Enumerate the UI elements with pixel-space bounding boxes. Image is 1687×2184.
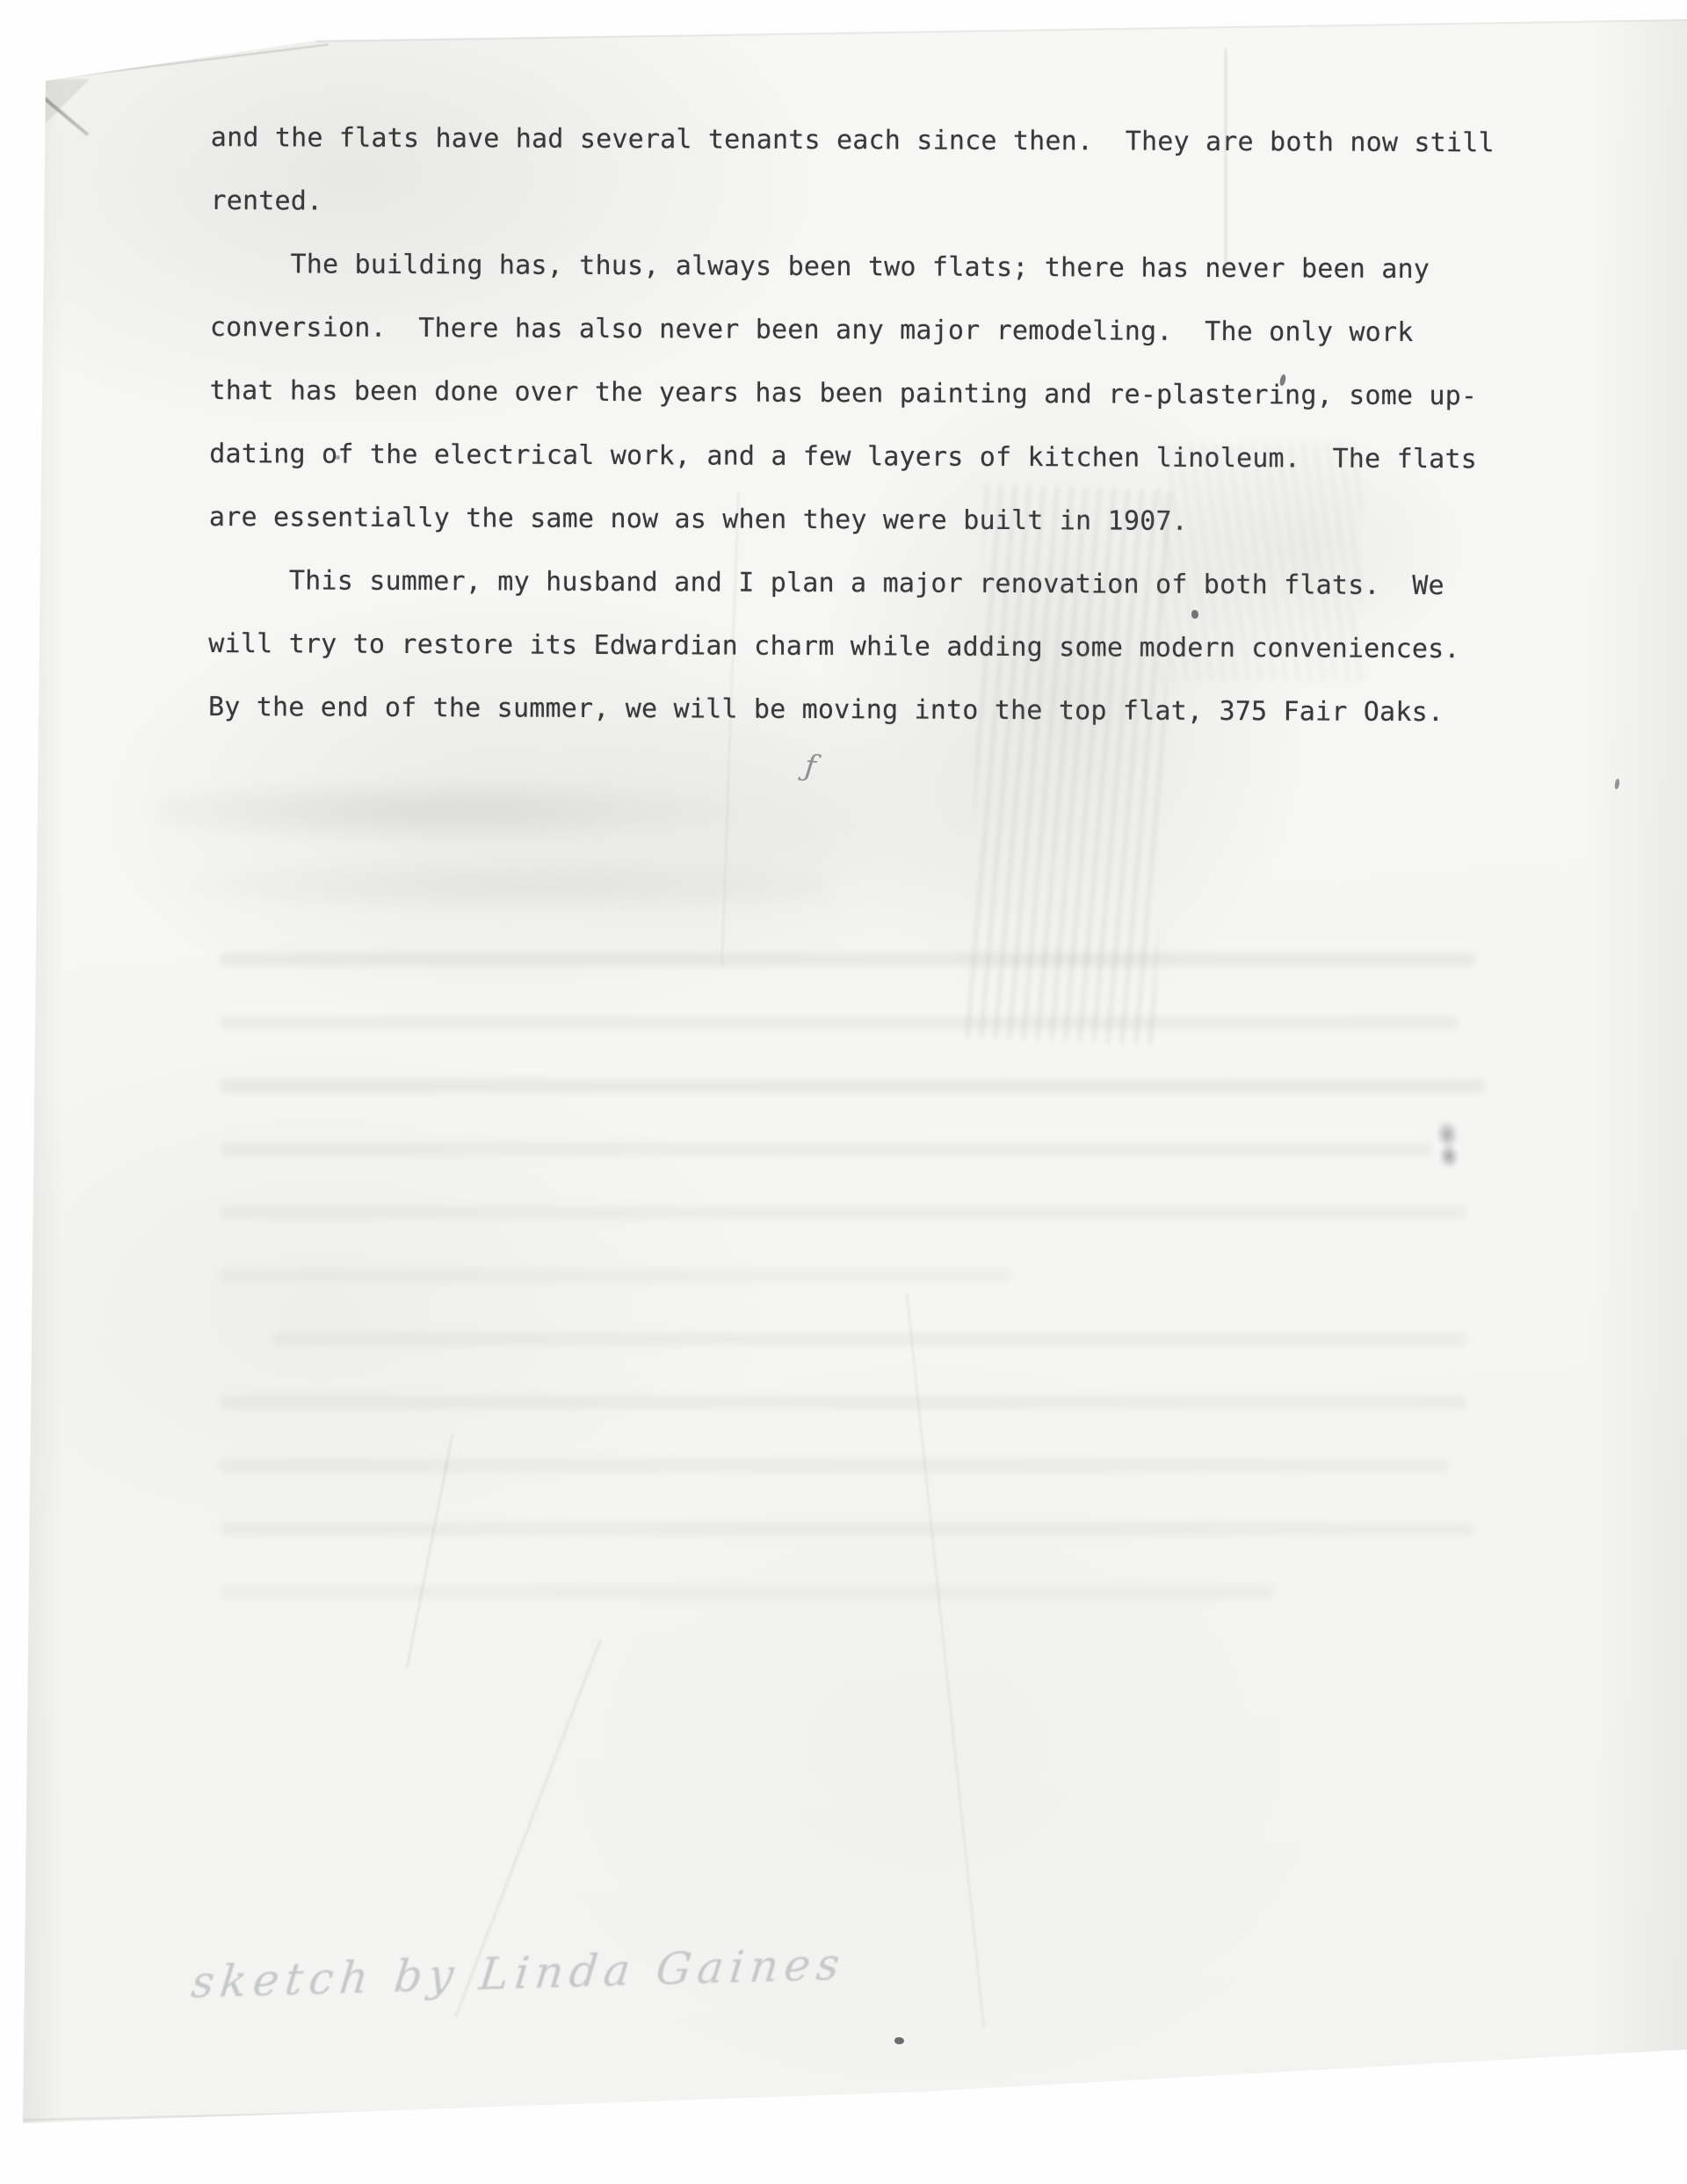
bleed-through-text-row <box>220 1459 1450 1472</box>
typed-text-block: and the flats have had several tenants e… <box>208 106 1495 744</box>
typed-line-1: and the flats have had several tenants e… <box>211 106 1495 175</box>
bleed-through-text-row <box>220 1522 1476 1535</box>
typed-line-4: conversion. There has also never been an… <box>210 296 1494 365</box>
typed-line-8: This summer, my husband and I plan a maj… <box>208 549 1492 618</box>
typed-line-3: The building has, thus, always been two … <box>210 233 1494 301</box>
stray-pen-squiggle: ƒ <box>803 748 818 784</box>
typed-line-7: are essentially the same now as when the… <box>209 486 1493 555</box>
bleed-through-text-row <box>220 1206 1467 1219</box>
page-top-edge <box>40 44 329 81</box>
page-top-edge-2 <box>316 18 1687 42</box>
typed-line-5: that has been done over the years has be… <box>209 359 1493 428</box>
bleed-through-smear <box>158 773 826 923</box>
scan-shadow-right <box>1590 0 1687 2184</box>
bleed-through-text-row <box>220 1016 1459 1029</box>
ink-speck <box>1191 610 1198 619</box>
bleed-through-text-row <box>220 1079 1485 1092</box>
page-bottom-edge <box>0 2081 1687 2122</box>
bleed-through-text-row <box>220 1269 1010 1282</box>
typed-line-9: will try to restore its Edwardian charm … <box>208 613 1492 681</box>
ink-speck <box>336 455 340 460</box>
typed-line-10: By the end of the summer, we will be mov… <box>208 676 1492 744</box>
pencil-smudge <box>1430 1116 1467 1174</box>
bleed-through-text-row <box>220 1396 1467 1409</box>
bleed-through-text-row <box>220 953 1476 966</box>
scan-shadow-left <box>23 70 63 2131</box>
bleed-through-text-row <box>220 1585 1274 1599</box>
handwritten-caption: sketch by Linda Gaines <box>189 1938 862 2007</box>
ink-speck <box>894 2037 904 2044</box>
scanned-page: and the flats have had several tenants e… <box>0 0 1687 2184</box>
sketch-line-1 <box>406 1434 453 1667</box>
sketch-line-3 <box>906 1294 985 2028</box>
bleed-through-text-row <box>220 1143 1432 1156</box>
typed-line-2: rented. <box>210 170 1494 238</box>
bleed-through-text-row <box>272 1332 1467 1346</box>
typed-line-6: dating of the electrical work, and a few… <box>209 423 1493 491</box>
